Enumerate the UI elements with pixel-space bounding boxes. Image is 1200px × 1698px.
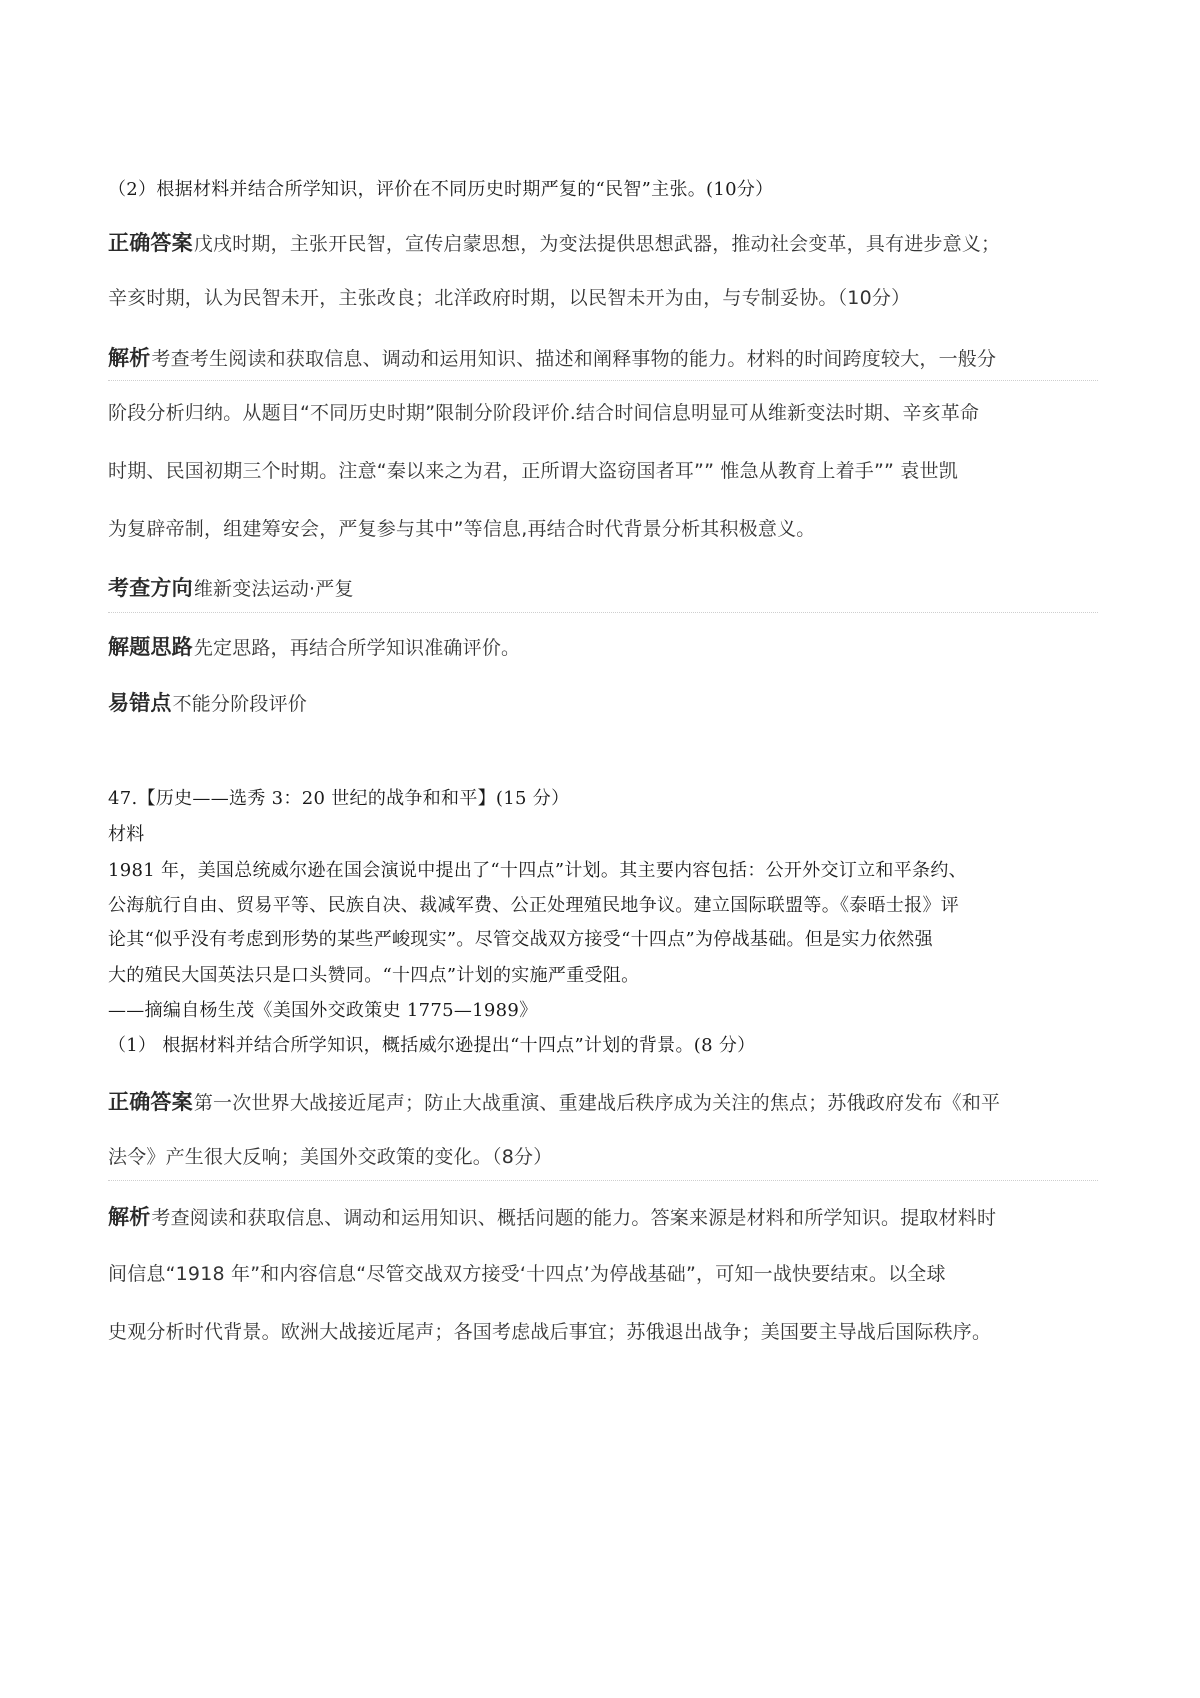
direction-block: 考查方向维新变法运动·严复 [108, 572, 354, 602]
analysis-label: 解析 [108, 1205, 150, 1229]
answer-label: 正确答案 [108, 231, 193, 255]
analysis-text-line-1: 考查考生阅读和获取信息、调动和运用知识、描述和阐释事物的能力。材料的时间跨度较大… [151, 348, 996, 370]
analysis-block: 解析考查阅读和获取信息、调动和运用知识、概括问题的能力。答案来源是材料和所学知识… [108, 1201, 996, 1231]
analysis-label: 解析 [108, 346, 150, 370]
direction-text: 维新变法运动·严复 [194, 578, 354, 600]
analysis-text-line-2: 间信息“1918 年”和内容信息“尽管交战双方接受‘十四点’为停战基础”，可知一… [108, 1259, 946, 1286]
analysis-block: 解析考查考生阅读和获取信息、调动和运用知识、描述和阐释事物的能力。材料的时间跨度… [108, 342, 996, 372]
direction-label: 考查方向 [108, 576, 193, 600]
question-47-title: 47.【历史——选秀 3：20 世纪的战争和和平】(15 分） [108, 784, 569, 810]
pitfall-text: 不能分阶段评价 [173, 693, 307, 715]
material-line-4: 大的殖民大国英法只是口头赞同。“十四点”计划的实施严重受阻。 [108, 961, 639, 987]
pitfall-block: 易错点不能分阶段评价 [108, 687, 307, 717]
answer-text-line-1: 戊戌时期，主张开民智，宣传启蒙思想，为变法提供思想武器，推动社会变革，具有进步意… [194, 233, 1000, 255]
approach-block: 解题思路先定思路，再结合所学知识准确评价。 [108, 631, 520, 661]
answer-text-line-1: 第一次世界大战接近尾声；防止大战重演、重建战后秩序成为关注的焦点；苏俄政府发布《… [194, 1092, 1000, 1114]
answer-label: 正确答案 [108, 1090, 193, 1114]
material-line-3: 论其“似乎没有考虑到形势的某些严峻现实”。尽管交战双方接受“十四点”为停战基础。… [108, 925, 933, 951]
question-47-part-1: （1） 根据材料并结合所学知识，概括威尔逊提出“十四点”计划的背景。(8 分） [108, 1031, 755, 1057]
analysis-text-line-4: 为复辟帝制，组建筹安会，严复参与其中”等信息,再结合时代背景分析其积极意义。 [108, 514, 816, 541]
dotted-divider [108, 612, 1098, 613]
material-line-2: 公海航行自由、贸易平等、民族自决、裁减军费、公正处理殖民地争议。建立国际联盟等。… [108, 891, 959, 917]
approach-label: 解题思路 [108, 635, 193, 659]
document-page: （2）根据材料并结合所学知识，评价在不同历史时期严复的“民智”主张。(10分） … [0, 0, 1200, 1698]
analysis-text-line-3: 史观分析时代背景。欧洲大战接近尾声；各国考虑战后事宜；苏俄退出战争；美国要主导战… [108, 1317, 991, 1344]
answer-text-line-2: 辛亥时期，认为民智未开，主张改良；北洋政府时期，以民智未开为由，与专制妥协。（1… [108, 283, 910, 310]
analysis-text-line-2: 阶段分析归纳。从题目“不同历史时期”限制分阶段评价.结合时间信息明显可从维新变法… [108, 398, 979, 425]
answer-text-line-2: 法令》产生很大反响；美国外交政策的变化。（8分） [108, 1142, 552, 1169]
answer-block: 正确答案戊戌时期，主张开民智，宣传启蒙思想，为变法提供思想武器，推动社会变革，具… [108, 227, 1000, 257]
approach-text: 先定思路，再结合所学知识准确评价。 [194, 637, 520, 659]
pitfall-label: 易错点 [108, 691, 172, 715]
material-source: ——摘编自杨生茂《美国外交政策史 1775—1989》 [108, 996, 537, 1022]
question-46-part-2: （2）根据材料并结合所学知识，评价在不同历史时期严复的“民智”主张。(10分） [108, 175, 773, 201]
dotted-divider [108, 380, 1098, 381]
analysis-text-line-3: 时期、民国初期三个时期。注意“秦以来之为君，正所谓大盗窃国者耳”” 惟急从教育上… [108, 456, 958, 483]
material-label: 材料 [108, 820, 145, 846]
answer-block: 正确答案第一次世界大战接近尾声；防止大战重演、重建战后秩序成为关注的焦点；苏俄政… [108, 1086, 1000, 1116]
analysis-text-line-1: 考查阅读和获取信息、调动和运用知识、概括问题的能力。答案来源是材料和所学知识。提… [151, 1207, 996, 1229]
dotted-divider [108, 1180, 1098, 1181]
material-line-1: 1981 年，美国总统威尔逊在国会演说中提出了“十四点”计划。其主要内容包括：公… [108, 856, 967, 882]
